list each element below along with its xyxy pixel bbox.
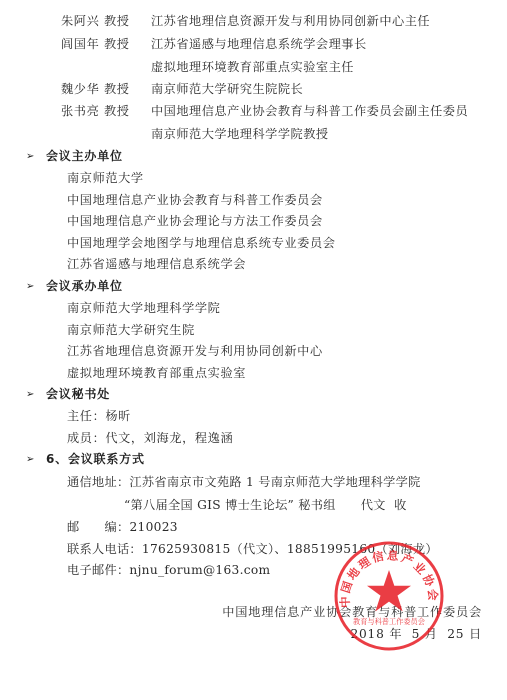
star-icon	[367, 570, 411, 611]
organizer-item: 中国地理信息产业协会教育与科普工作委员会	[67, 192, 323, 208]
section-heading-organizers: 会议主办单位	[46, 148, 123, 164]
member-role: 江苏省地理信息资源开发与利用协同创新中心主任	[151, 13, 430, 29]
contact-email[interactable]: 电子邮件：njnu_forum@163.com	[67, 562, 270, 578]
contact-postcode: 邮 编：210023	[67, 519, 178, 535]
member-name: 魏少华	[61, 81, 99, 97]
section-heading-contact: 6、会议联系方式	[46, 451, 145, 467]
host-item: 江苏省地理信息资源开发与利用协同创新中心	[67, 343, 323, 359]
member-role: 南京师范大学地理科学学院教授	[151, 126, 329, 142]
bullet-arrow-icon: ➢	[26, 149, 34, 165]
member-name: 闾国年	[61, 36, 99, 52]
official-seal-stamp-icon: 中国地理信息产业协会 教育与科普工作委员会	[333, 540, 445, 652]
host-item: 虚拟地理环境教育部重点实验室	[67, 365, 246, 381]
member-title: 教授	[104, 13, 130, 29]
member-name: 朱阿兴	[61, 13, 99, 29]
organizer-item: 江苏省遥感与地理信息系统学会	[67, 256, 246, 272]
bullet-arrow-icon: ➢	[26, 387, 34, 403]
organizer-item: 中国地理信息产业协会理论与方法工作委员会	[67, 213, 323, 229]
secretariat-director: 主任：杨昕	[67, 408, 131, 424]
member-title: 教授	[104, 103, 130, 119]
host-item: 南京师范大学地理科学学院	[67, 300, 220, 316]
organizer-item: 中国地理学会地图学与地理信息系统专业委员会	[67, 235, 336, 251]
member-role: 江苏省遥感与地理信息系统学会理事长	[151, 36, 367, 52]
host-item: 南京师范大学研究生院	[67, 322, 195, 338]
section-heading-secretariat: 会议秘书处	[46, 386, 110, 402]
secretariat-members: 成员：代文，刘海龙，程逸涵	[67, 430, 233, 446]
member-role: 虚拟地理环境教育部重点实验室主任	[151, 59, 354, 75]
bullet-arrow-icon: ➢	[26, 279, 34, 295]
bullet-arrow-icon: ➢	[26, 452, 34, 468]
member-title: 教授	[104, 81, 130, 97]
contact-address-recipient: “第八届全国 GIS 博士生论坛” 秘书组 代文 收	[124, 497, 407, 513]
section-heading-hosts: 会议承办单位	[46, 278, 123, 294]
contact-address: 通信地址：江苏省南京市文苑路 1 号南京师范大学地理科学学院	[67, 474, 421, 490]
member-name: 张书亮	[61, 103, 99, 119]
organizer-item: 南京师范大学	[67, 170, 144, 186]
stamp-inner-text: 教育与科普工作委员会	[353, 617, 425, 626]
member-role: 中国地理信息产业协会教育与科普工作委员会副主任委员	[151, 103, 468, 119]
member-role: 南京师范大学研究生院院长	[151, 81, 303, 97]
member-title: 教授	[104, 36, 130, 52]
